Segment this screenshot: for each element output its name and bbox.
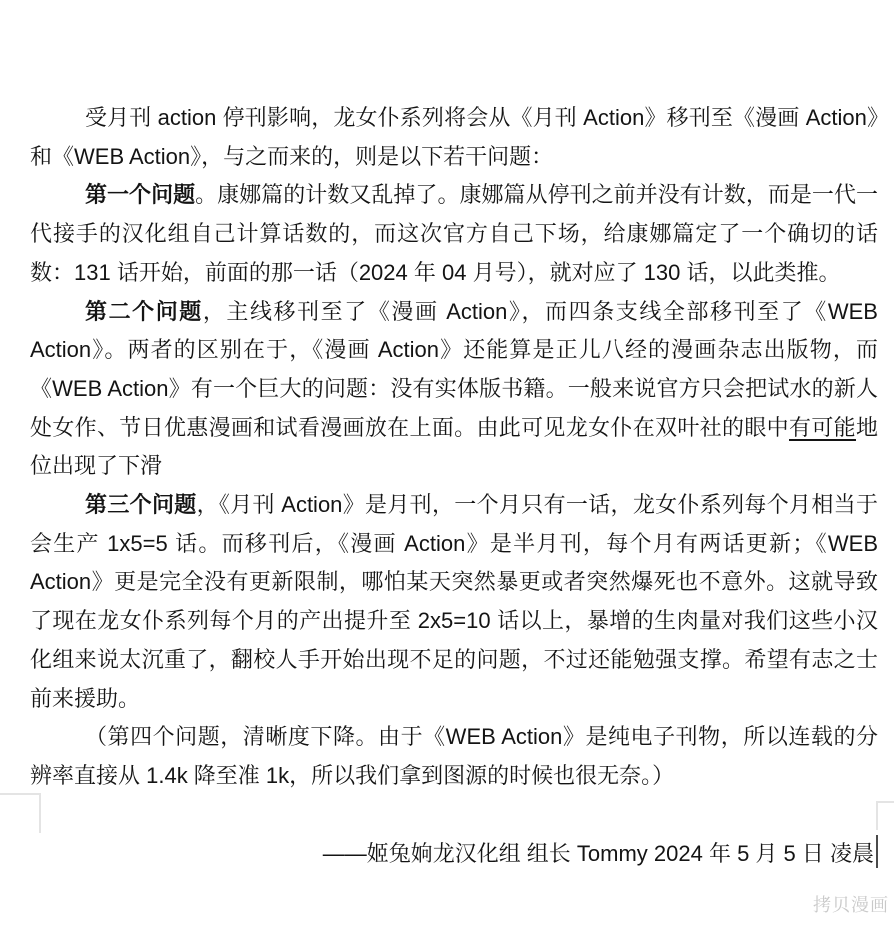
issue-3-body: ，《月刊 Action》是月刊，一个月只有一话，龙女仆系列每个月相当于会生产 1… <box>30 492 878 711</box>
signature-text: ——姬兔姠龙汉化组 组长 Tommy 2024 年 5 月 5 日 凌晨 <box>323 841 874 866</box>
page-corner-mark-bottom-left <box>0 793 41 833</box>
paragraph-issue-4: （第四个问题，清晰度下降。由于《WEB Action》是纯电子刊物，所以连载的分… <box>30 718 878 795</box>
issue-3-title: 第三个问题 <box>85 492 197 517</box>
issue-1-title: 第一个问题 <box>85 182 195 207</box>
issue-2-title: 第二个问题 <box>85 299 203 324</box>
paragraph-issue-2: 第二个问题，主线移刊至了《漫画 Action》，而四条支线全部移刊至了《WEB … <box>30 293 878 487</box>
signature-line: ——姬兔姠龙汉化组 组长 Tommy 2024 年 5 月 5 日 凌晨 <box>30 835 878 874</box>
text-cursor <box>876 835 878 868</box>
paragraph-issue-1: 第一个问题。康娜篇的计数又乱掉了。康娜篇从停刊之前并没有计数，而是一代一代接手的… <box>30 176 878 292</box>
notice-text: 受月刊 action 停刊影响，龙女仆系列将会从《月刊 Action》移刊至《漫… <box>30 99 878 873</box>
copymanga-watermark: 拷贝漫画 <box>813 891 889 917</box>
page-corner-mark-bottom-right <box>876 801 894 830</box>
issue-2-underlined-phrase: 有可能 <box>789 415 856 440</box>
paragraph-issue-3: 第三个问题，《月刊 Action》是月刊，一个月只有一话，龙女仆系列每个月相当于… <box>30 486 878 718</box>
issue-4-text: （第四个问题，清晰度下降。由于《WEB Action》是纯电子刊物，所以连载的分… <box>30 724 878 788</box>
paragraph-intro: 受月刊 action 停刊影响，龙女仆系列将会从《月刊 Action》移刊至《漫… <box>30 99 878 176</box>
intro-text: 受月刊 action 停刊影响，龙女仆系列将会从《月刊 Action》移刊至《漫… <box>30 105 878 169</box>
